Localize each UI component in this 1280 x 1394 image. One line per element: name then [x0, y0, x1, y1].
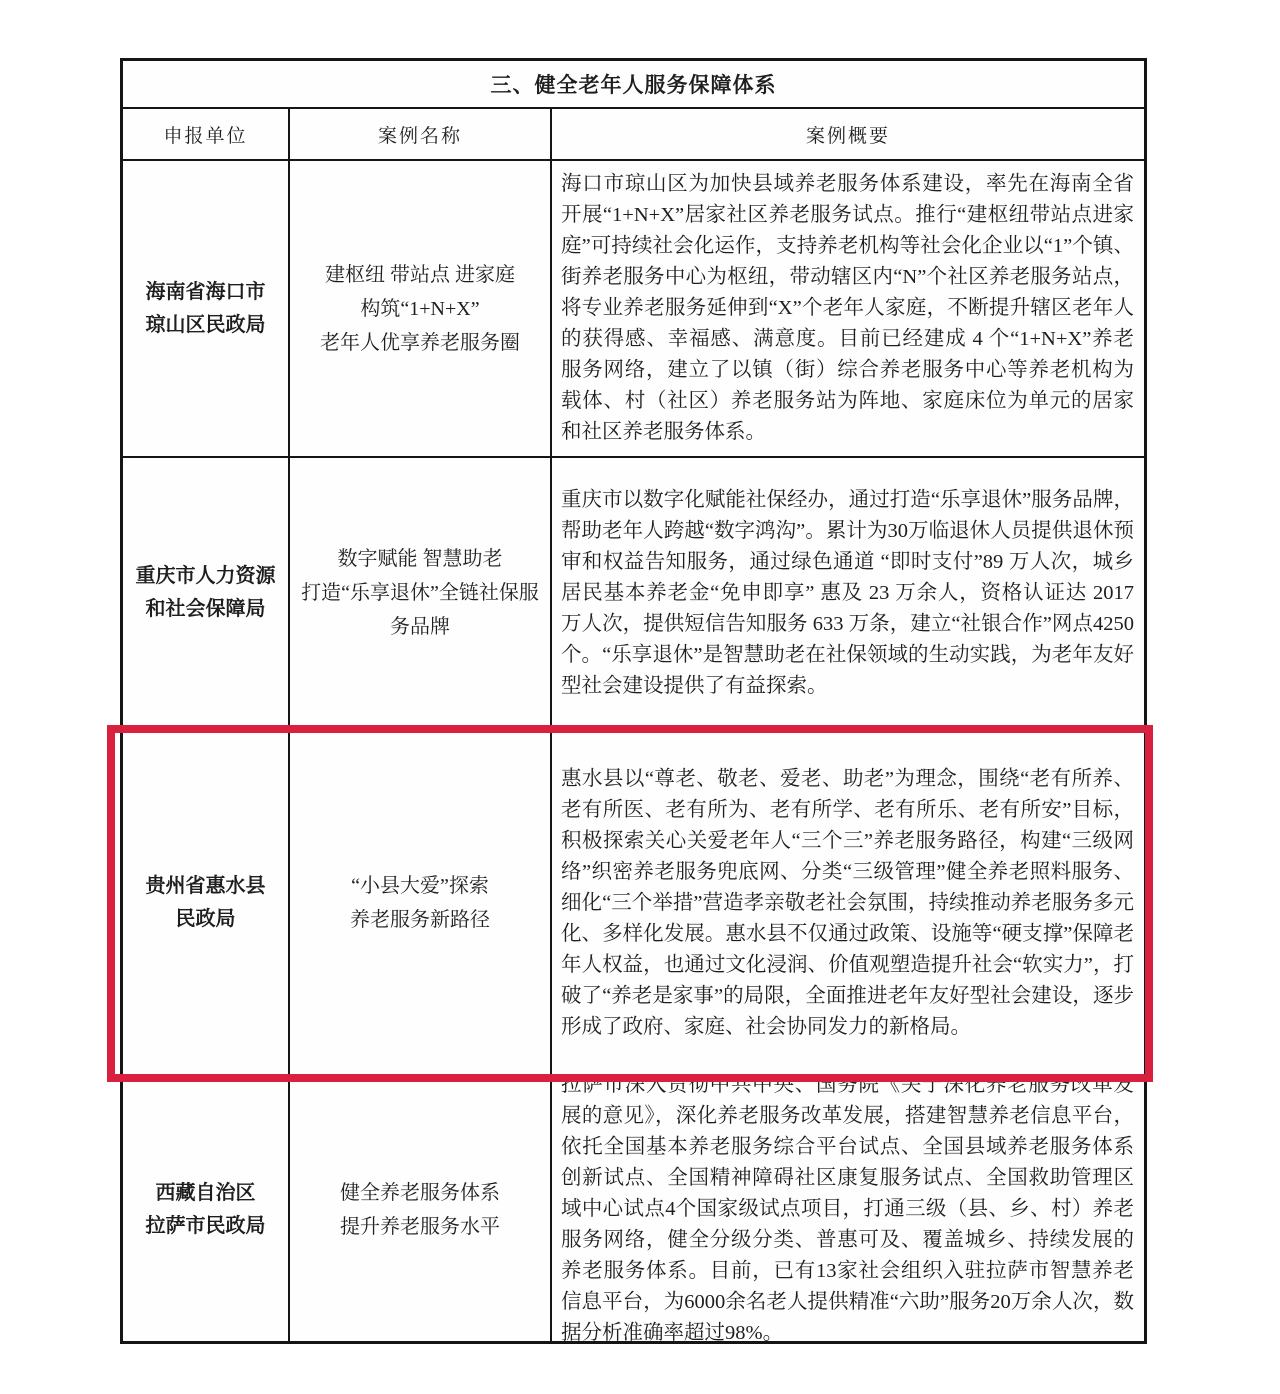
- summary-cell: 拉萨市深入贯彻中共中央、国务院《关于深化养老服务改革发展的意见》，深化养老服务改…: [552, 1078, 1144, 1341]
- table-row: 海南省海口市 琼山区民政局 建枢纽 带站点 进家庭 构筑“1+N+X” 老年人优…: [123, 161, 1144, 458]
- summary-cell: 海口市琼山区为加快县域养老服务体系建设，率先在海南全省开展“1+N+X”居家社区…: [552, 161, 1144, 456]
- table-row-highlighted: 贵州省惠水县 民政局 “小县大爱”探索 养老服务新路径 惠水县以“尊老、敬老、爱…: [123, 730, 1144, 1078]
- case-name-cell: 建枢纽 带站点 进家庭 构筑“1+N+X” 老年人优享养老服务圈: [290, 161, 552, 456]
- table-header-row: 申报单位 案例名称 案例概要: [123, 109, 1144, 161]
- unit-cell: 海南省海口市 琼山区民政局: [123, 161, 290, 456]
- unit-cell: 重庆市人力资源 和社会保障局: [123, 458, 290, 728]
- column-header-summary: 案例概要: [552, 109, 1144, 159]
- unit-cell: 贵州省惠水县 民政局: [123, 730, 290, 1076]
- table-row: 西藏自治区 拉萨市民政局 健全养老服务体系 提升养老服务水平 拉萨市深入贯彻中共…: [123, 1078, 1144, 1341]
- case-name-cell: 数字赋能 智慧助老 打造“乐享退休”全链社保服务品牌: [290, 458, 552, 728]
- case-name-cell: 健全养老服务体系 提升养老服务水平: [290, 1078, 552, 1341]
- table-title: 三、健全老年人服务保障体系: [491, 69, 777, 99]
- column-header-unit: 申报单位: [123, 109, 290, 159]
- case-table: 三、健全老年人服务保障体系 申报单位 案例名称 案例概要 海南省海口市 琼山区民…: [120, 58, 1147, 1344]
- case-name-cell: “小县大爱”探索 养老服务新路径: [290, 730, 552, 1076]
- table-title-row: 三、健全老年人服务保障体系: [123, 61, 1144, 109]
- table-row: 重庆市人力资源 和社会保障局 数字赋能 智慧助老 打造“乐享退休”全链社保服务品…: [123, 458, 1144, 730]
- unit-cell: 西藏自治区 拉萨市民政局: [123, 1078, 290, 1341]
- summary-cell: 重庆市以数字化赋能社保经办，通过打造“乐享退休”服务品牌，帮助老年人跨越“数字鸿…: [552, 458, 1144, 728]
- column-header-case-name: 案例名称: [290, 109, 552, 159]
- summary-cell: 惠水县以“尊老、敬老、爱老、助老”为理念，围绕“老有所养、老有所医、老有所为、老…: [552, 730, 1144, 1076]
